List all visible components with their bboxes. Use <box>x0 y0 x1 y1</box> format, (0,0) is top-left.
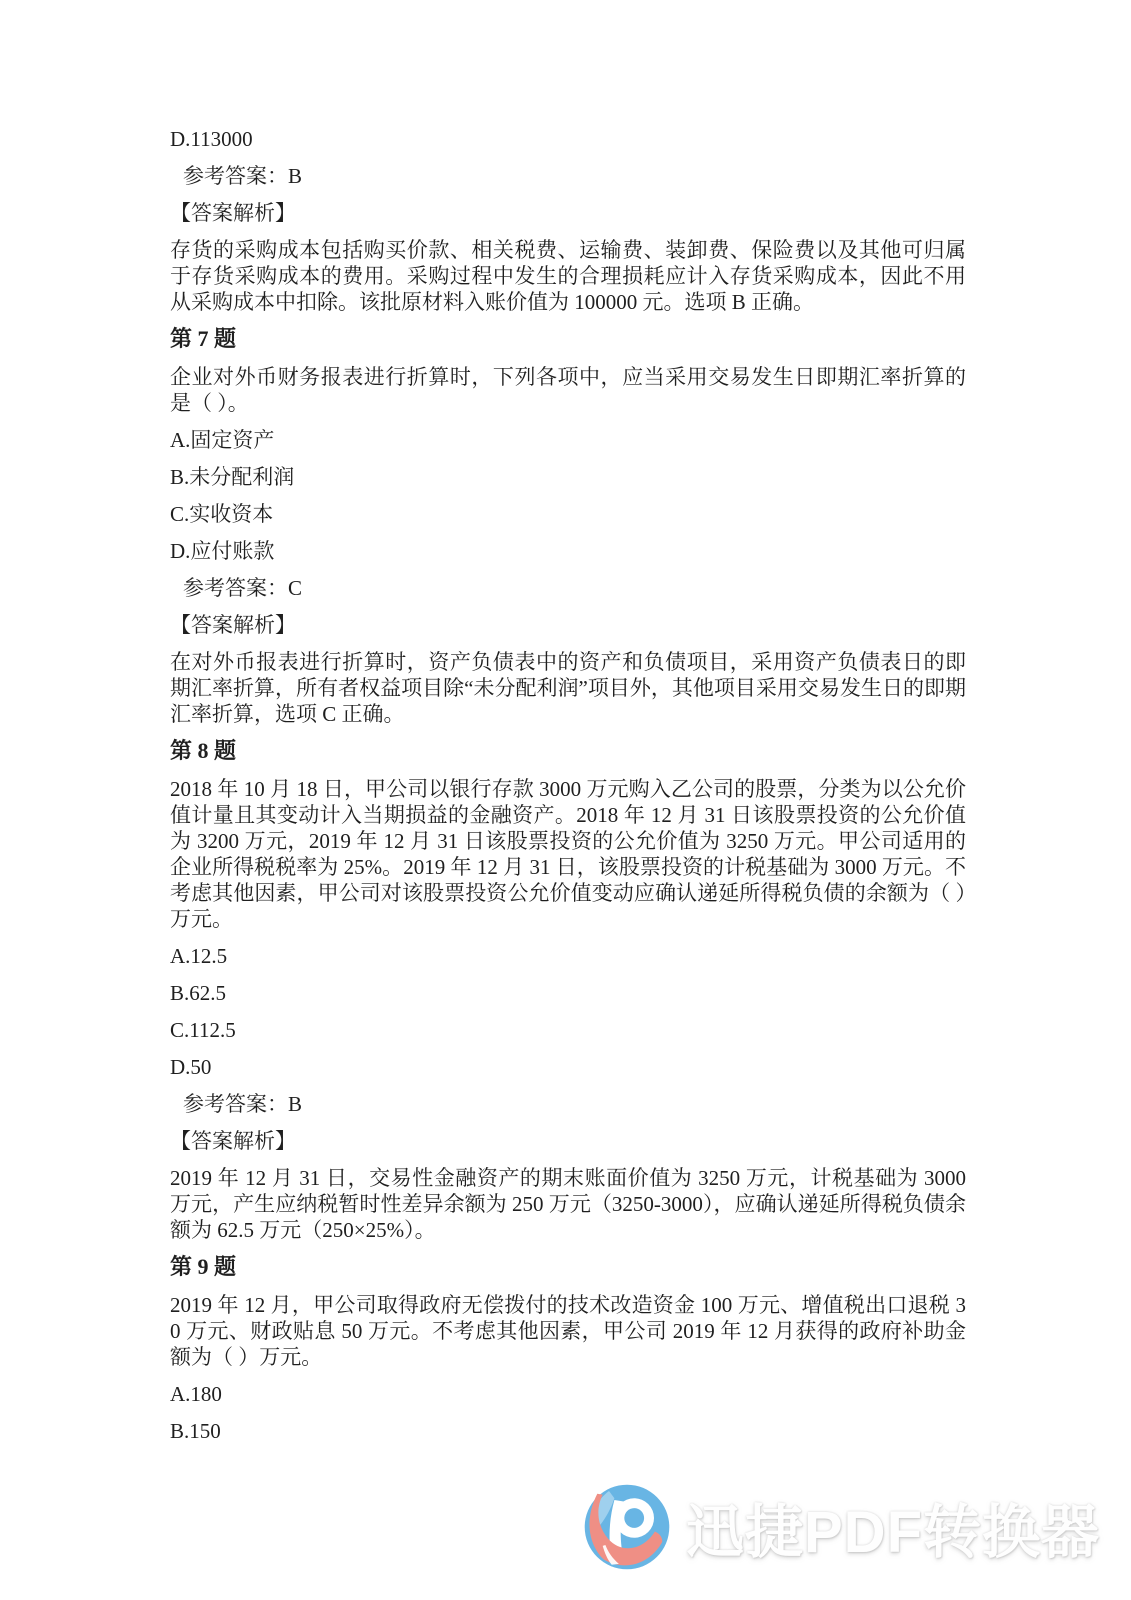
question7-option-a: A.固定资产 <box>170 427 966 453</box>
question8-option-c: C.112.5 <box>170 1017 966 1043</box>
q6-analysis-title: 【答案解析】 <box>170 200 966 226</box>
question8-title: 第 8 题 <box>170 738 966 764</box>
question9-stem: 2019 年 12 月，甲公司取得政府无偿拨付的技术改造资金 100 万元、增值… <box>170 1292 966 1370</box>
q6-reference-answer: 参考答案：B <box>170 163 966 189</box>
question7-option-b: B.未分配利润 <box>170 464 966 490</box>
question7-title: 第 7 题 <box>170 326 966 352</box>
question7-analysis-title: 【答案解析】 <box>170 612 966 638</box>
question8-reference-answer: 参考答案：B <box>170 1091 966 1117</box>
watermark-text: 迅捷PDF转换器 <box>686 1485 1100 1569</box>
pdf-converter-logo-icon <box>582 1482 672 1572</box>
question8-option-a: A.12.5 <box>170 943 966 969</box>
question9-option-b: B.150 <box>170 1418 966 1444</box>
question8-option-b: B.62.5 <box>170 980 966 1006</box>
document-page: D.113000 参考答案：B 【答案解析】 存货的采购成本包括购买价款、相关税… <box>170 126 966 1455</box>
q6-analysis-text: 存货的采购成本包括购买价款、相关税费、运输费、装卸费、保险费以及其他可归属于存货… <box>170 237 966 315</box>
question8-analysis-title: 【答案解析】 <box>170 1128 966 1154</box>
question7-stem: 企业对外币财务报表进行折算时，下列各项中，应当采用交易发生日即期汇率折算的是（ … <box>170 364 966 416</box>
question8-analysis-text: 2019 年 12 月 31 日，交易性金融资产的期末账面价值为 3250 万元… <box>170 1165 966 1243</box>
question9-title: 第 9 题 <box>170 1254 966 1280</box>
question8-option-d: D.50 <box>170 1054 966 1080</box>
question7-option-c: C.实收资本 <box>170 501 966 527</box>
question7-reference-answer: 参考答案：C <box>170 575 966 601</box>
question7-analysis-text: 在对外币报表进行折算时，资产负债表中的资产和负债项目，采用资产负债表日的即期汇率… <box>170 649 966 727</box>
question8-stem: 2018 年 10 月 18 日，甲公司以银行存款 3000 万元购入乙公司的股… <box>170 776 966 932</box>
question7-option-d: D.应付账款 <box>170 538 966 564</box>
pdf-converter-watermark: 迅捷PDF转换器 <box>582 1482 1100 1572</box>
question9-option-a: A.180 <box>170 1381 966 1407</box>
q6-option-d: D.113000 <box>170 126 966 152</box>
